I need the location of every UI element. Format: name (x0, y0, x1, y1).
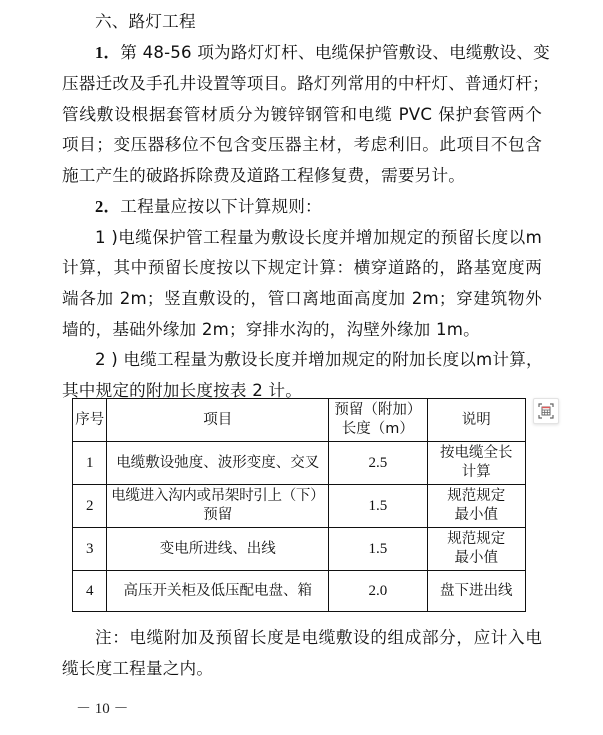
row-note-line-2: 最小值 (428, 549, 525, 568)
row-item: 变电所进线、出线 (107, 528, 329, 571)
row-item-line-2: 预留 (107, 506, 328, 525)
row-item: 高压开关柜及低压配电盘、箱 (107, 571, 329, 612)
row-note-line-2: 最小值 (428, 506, 525, 525)
row-no: 1 (73, 442, 107, 485)
row-note: 盘下进出线 (427, 571, 525, 612)
row-item: 电缆进入沟内或吊架时引上（下） 预留 (107, 485, 329, 528)
item1-line-3: 管线敷设根据套管材质分为镀锌钢管和电缆 PVC 保护套管两个 (62, 104, 542, 126)
row-note-line-1: 规范规定 (428, 487, 525, 506)
rule1-line-4: 墙的，基础外缘加 2m；穿排水沟的，沟壁外缘加 1m。 (62, 319, 542, 341)
row-length: 1.5 (329, 485, 427, 528)
row-note: 按电缆全长 计算 (427, 442, 525, 485)
row-note-line-2: 计算 (428, 463, 525, 482)
item2-number: 2． (95, 197, 120, 216)
row-item-line-1: 电缆进入沟内或吊架时引上（下） (107, 487, 328, 506)
row-length: 2.5 (329, 442, 427, 485)
page-number: － 10 － (76, 697, 129, 718)
header-length: 预留（附加） 长度（m） (329, 399, 427, 442)
note-line-1: 注：电缆附加及预留长度是电缆敷设的组成部分，应计入电 (95, 627, 542, 649)
table-select-button[interactable] (533, 398, 559, 424)
rule2-line-1: 2 ) 电缆工程量为敷设长度并增加规定的附加长度以m计算， (95, 349, 542, 371)
item1-line-4: 项目；变压器移位不包含变压器主材，考虑利旧。此项目不包含 (62, 134, 542, 156)
item2-text: 工程量应按以下计算规则： (120, 197, 322, 216)
item1-text-1: 第 48-56 项为路灯灯杆、电缆保护管敷设、电缆敷设、变 (120, 43, 550, 62)
row-length: 1.5 (329, 528, 427, 571)
section-heading: 六、路灯工程 (95, 11, 542, 33)
header-item: 项目 (107, 399, 329, 442)
row-note: 规范规定 最小值 (427, 528, 525, 571)
table-row: 2 电缆进入沟内或吊架时引上（下） 预留 1.5 规范规定 最小值 (73, 485, 526, 528)
item2-line: 2．工程量应按以下计算规则： (95, 196, 542, 218)
header-length-line-1: 预留（附加） (329, 401, 426, 420)
rule1-line-1: 1 )电缆保护管工程量为敷设长度并增加规定的预留长度以m (95, 227, 542, 249)
item1-line-5: 施工产生的破路拆除费及道路工程修复费，需要另计。 (62, 165, 542, 187)
item1-line-1: 1．第 48-56 项为路灯灯杆、电缆保护管敷设、电缆敷设、变 (95, 42, 542, 64)
note-line-2: 缆长度工程量之内。 (62, 658, 542, 680)
header-no: 序号 (73, 399, 107, 442)
table-row: 4 高压开关柜及低压配电盘、箱 2.0 盘下进出线 (73, 571, 526, 612)
table-select-icon (538, 403, 554, 419)
row-no: 3 (73, 528, 107, 571)
row-note: 规范规定 最小值 (427, 485, 525, 528)
row-note-line-1: 规范规定 (428, 530, 525, 549)
rule1-line-2: 计算，其中预留长度按以下规定计算：横穿道路的，路基宽度两 (62, 257, 542, 279)
item1-number: 1． (95, 43, 120, 62)
table-header-row: 序号 项目 预留（附加） 长度（m） 说明 (73, 399, 526, 442)
row-note-line-1: 按电缆全长 (428, 444, 525, 463)
header-note: 说明 (427, 399, 525, 442)
table-row: 3 变电所进线、出线 1.5 规范规定 最小值 (73, 528, 526, 571)
header-length-line-2: 长度（m） (329, 420, 426, 439)
row-no: 2 (73, 485, 107, 528)
row-item: 电缆敷设弛度、波形变度、交叉 (107, 442, 329, 485)
row-no: 4 (73, 571, 107, 612)
row-length: 2.0 (329, 571, 427, 612)
item1-line-2: 压器迁改及手孔井设置等项目。路灯列常用的中杆灯、普通灯杆； (62, 73, 542, 95)
table-row: 1 电缆敷设弛度、波形变度、交叉 2.5 按电缆全长 计算 (73, 442, 526, 485)
rule1-line-3: 端各加 2m；竖直敷设的，管口离地面高度加 2m；穿建筑物外 (62, 288, 542, 310)
cable-length-table: 序号 项目 预留（附加） 长度（m） 说明 1 电缆敷设弛度、波形变度、交叉 2… (72, 398, 526, 612)
